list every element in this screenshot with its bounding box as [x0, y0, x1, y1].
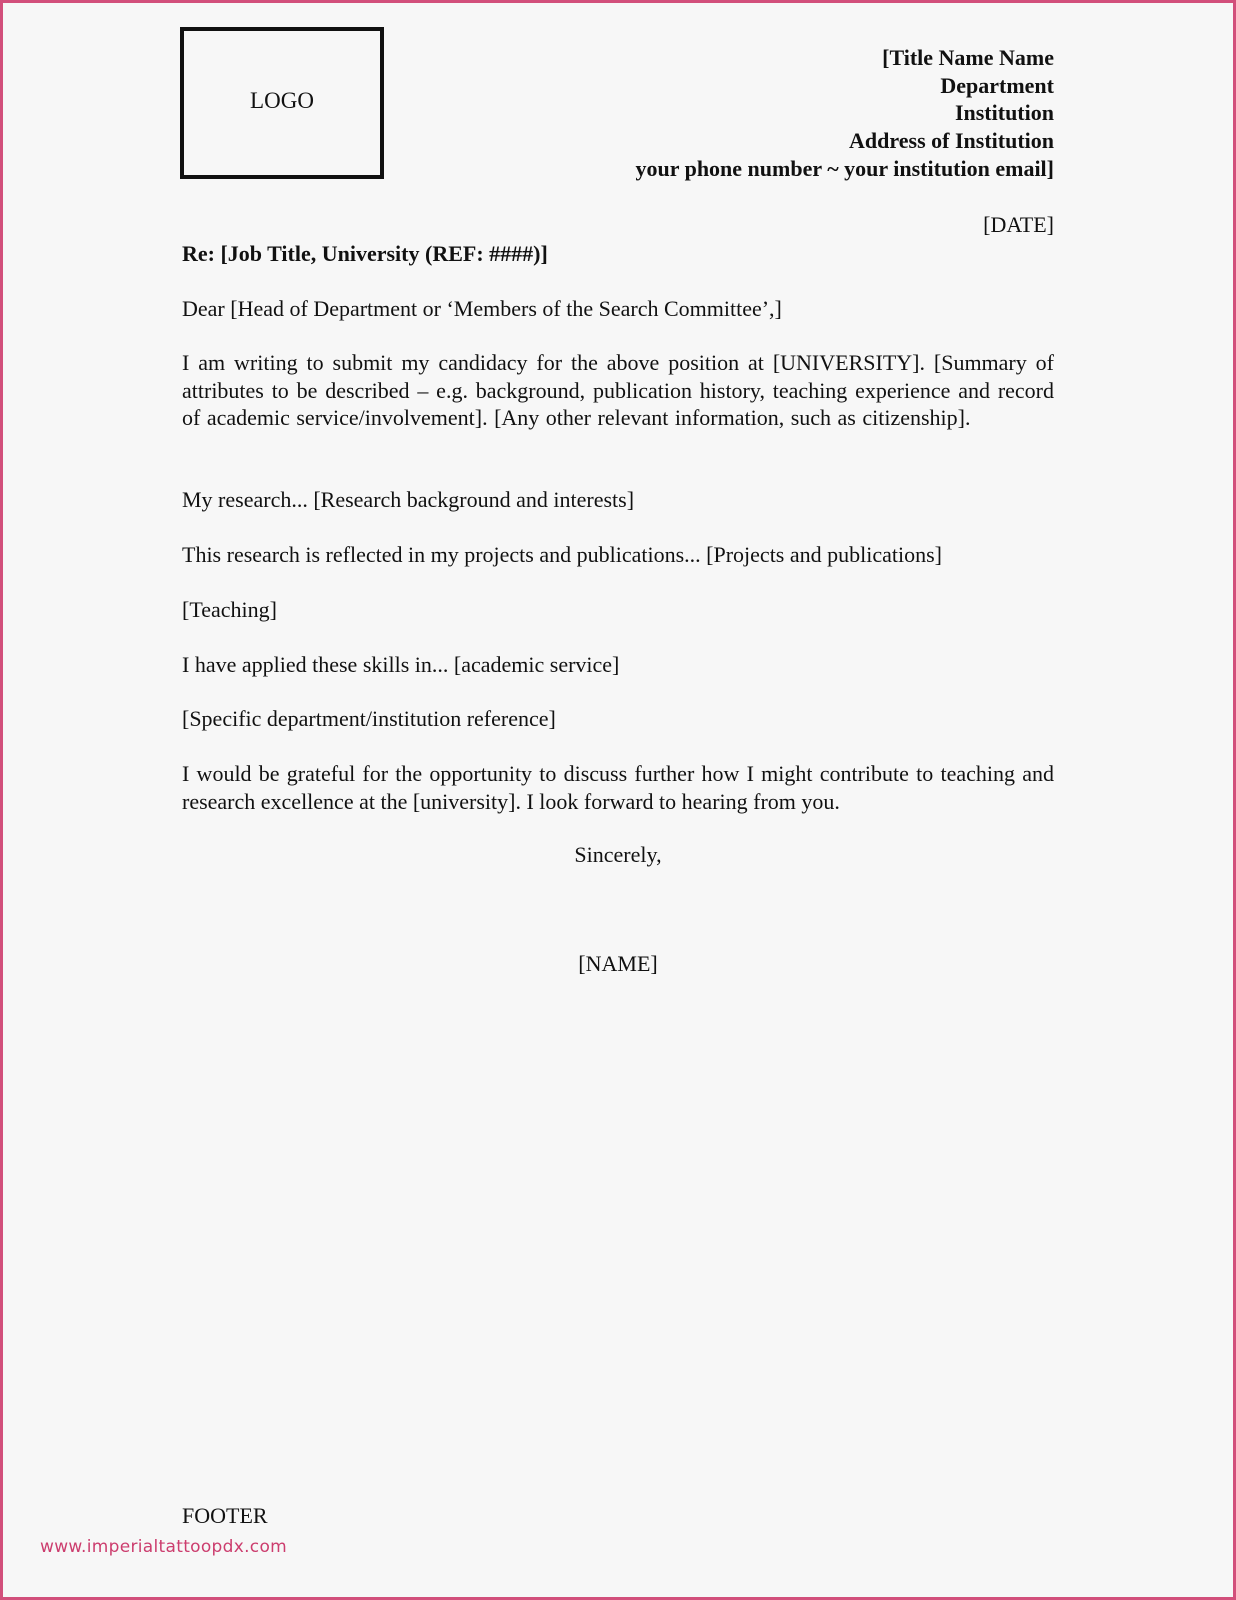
salutation: Dear [Head of Department or ‘Members of … [182, 295, 1054, 323]
letterhead-contact: your phone number ~ your institution ema… [635, 155, 1054, 183]
closing-sincerely: Sincerely, [182, 842, 1054, 868]
signature-name: [NAME] [182, 951, 1054, 977]
letter-date: [DATE] [983, 212, 1054, 238]
logo-placeholder: LOGO [180, 27, 384, 179]
letterhead-institution: Institution [635, 99, 1054, 127]
paragraph-reference: [Specific department/institution referen… [182, 705, 1054, 733]
paragraph-research: My research... [Research background and … [182, 486, 1054, 514]
paragraph-closing: I would be grateful for the opportunity … [182, 760, 1054, 815]
subject-line: Re: [Job Title, University (REF: ####)] [182, 240, 1054, 268]
footer-placeholder: FOOTER [182, 1503, 268, 1529]
paragraph-service: I have applied these skills in... [acade… [182, 651, 1054, 679]
letterhead-name: [Title Name Name [635, 44, 1054, 72]
paragraph-publications: This research is reflected in my project… [182, 541, 1054, 569]
paragraph-intro: I am writing to submit my candidacy for … [182, 349, 1054, 432]
letterhead-address: Address of Institution [635, 127, 1054, 155]
watermark-url: www.imperialtattoopdx.com [40, 1537, 287, 1557]
paragraph-teaching: [Teaching] [182, 596, 1054, 624]
letterhead-department: Department [635, 72, 1054, 100]
letterhead: [Title Name Name Department Institution … [635, 44, 1054, 183]
logo-label: LOGO [250, 88, 314, 114]
